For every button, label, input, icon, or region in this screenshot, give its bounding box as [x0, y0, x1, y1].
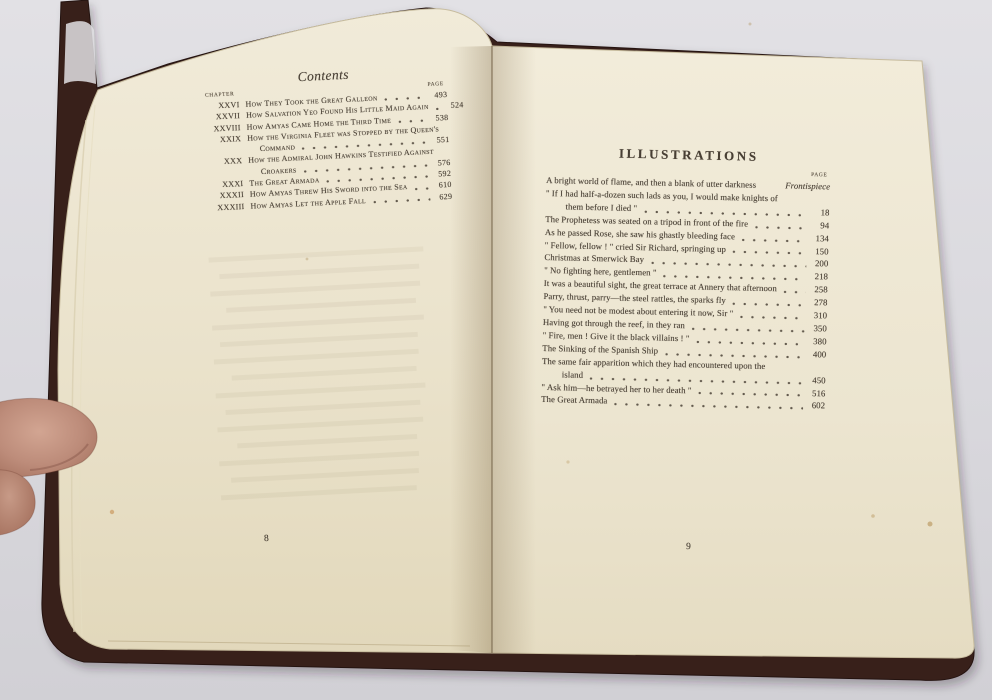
- entry-page-number: 350: [811, 322, 827, 335]
- foxing-spot: [306, 258, 309, 261]
- stain-spot: [110, 510, 114, 514]
- entry-page-number: 576: [434, 157, 451, 169]
- dot-leader: [784, 291, 806, 294]
- entry-page-number: 18: [813, 206, 829, 219]
- dot-leader: [398, 119, 427, 123]
- chapter-numeral: [205, 175, 249, 177]
- gutter-shadow-right: [492, 46, 536, 654]
- foxing-spot: [566, 460, 569, 463]
- illustrations-page: ILLUSTRATIONS PAGE A bright world of fla…: [541, 144, 831, 413]
- entry-page-number: 493: [431, 89, 448, 101]
- dot-leader: [733, 251, 807, 256]
- dot-leader: [373, 198, 431, 204]
- entry-page-number: 218: [812, 270, 828, 283]
- hand-finger: [0, 470, 35, 536]
- entry-page-number: 538: [432, 112, 449, 124]
- entry-page-number: 278: [811, 296, 827, 309]
- foxing-spot: [749, 23, 752, 26]
- right-page-folio: 9: [686, 542, 691, 552]
- entry-page-number: 200: [812, 257, 828, 270]
- chapter-numeral: XXX: [204, 155, 248, 168]
- page-column-label: PAGE: [811, 171, 827, 180]
- book-photo: Contents CHAPTER PAGE XXVIHow They Took …: [0, 0, 992, 700]
- contents-page: Contents CHAPTER PAGE XXVIHow They Took …: [200, 62, 453, 214]
- entry-page-number: 516: [809, 387, 825, 400]
- foxing-spot: [928, 522, 933, 527]
- entry-title: island: [562, 368, 584, 381]
- entry-page-number: 258: [812, 283, 828, 296]
- page-edge-highlight: [64, 21, 96, 84]
- entry-page-number: 602: [809, 399, 825, 412]
- chapter-numeral: XXIX: [203, 133, 247, 146]
- book-illustration: [0, 0, 992, 700]
- entry-page-number: 524: [447, 99, 464, 111]
- runover-indent: [248, 151, 260, 152]
- entry-title: The Great Armada: [541, 393, 608, 407]
- chapter-numeral: XXXIII: [206, 200, 250, 213]
- gutter-shadow-left: [450, 46, 492, 653]
- entry-page-number: 592: [435, 168, 452, 180]
- dot-leader: [742, 238, 807, 242]
- entry-page-number: 134: [813, 232, 829, 245]
- illustrations-list: A bright world of flame, and then a blan…: [541, 174, 830, 413]
- contents-list: XXVIHow They Took the Great Galleon493XX…: [201, 89, 452, 214]
- entry-page-number: 450: [810, 374, 826, 387]
- entry-page-number: 551: [433, 134, 450, 146]
- entry-page-number: 310: [811, 309, 827, 322]
- entry-page-number: 629: [436, 191, 453, 203]
- chapter-numeral: [204, 152, 248, 154]
- left-page-folio: 8: [264, 534, 269, 544]
- entry-page-number: 94: [813, 219, 829, 232]
- dot-leader: [733, 302, 806, 307]
- dot-leader: [755, 225, 807, 229]
- foxing-spot: [871, 514, 875, 518]
- entry-page-number: 150: [812, 245, 828, 258]
- entry-page-number: Frontispiece: [785, 179, 830, 193]
- dot-leader: [385, 96, 426, 101]
- entry-page-number: 400: [810, 348, 826, 361]
- runover-indent: [249, 174, 261, 175]
- dot-leader: [415, 187, 430, 191]
- entry-page-number: 380: [810, 335, 826, 348]
- dot-leader: [740, 315, 805, 319]
- entry-page-number: 610: [435, 179, 452, 191]
- dot-leader: [436, 107, 442, 110]
